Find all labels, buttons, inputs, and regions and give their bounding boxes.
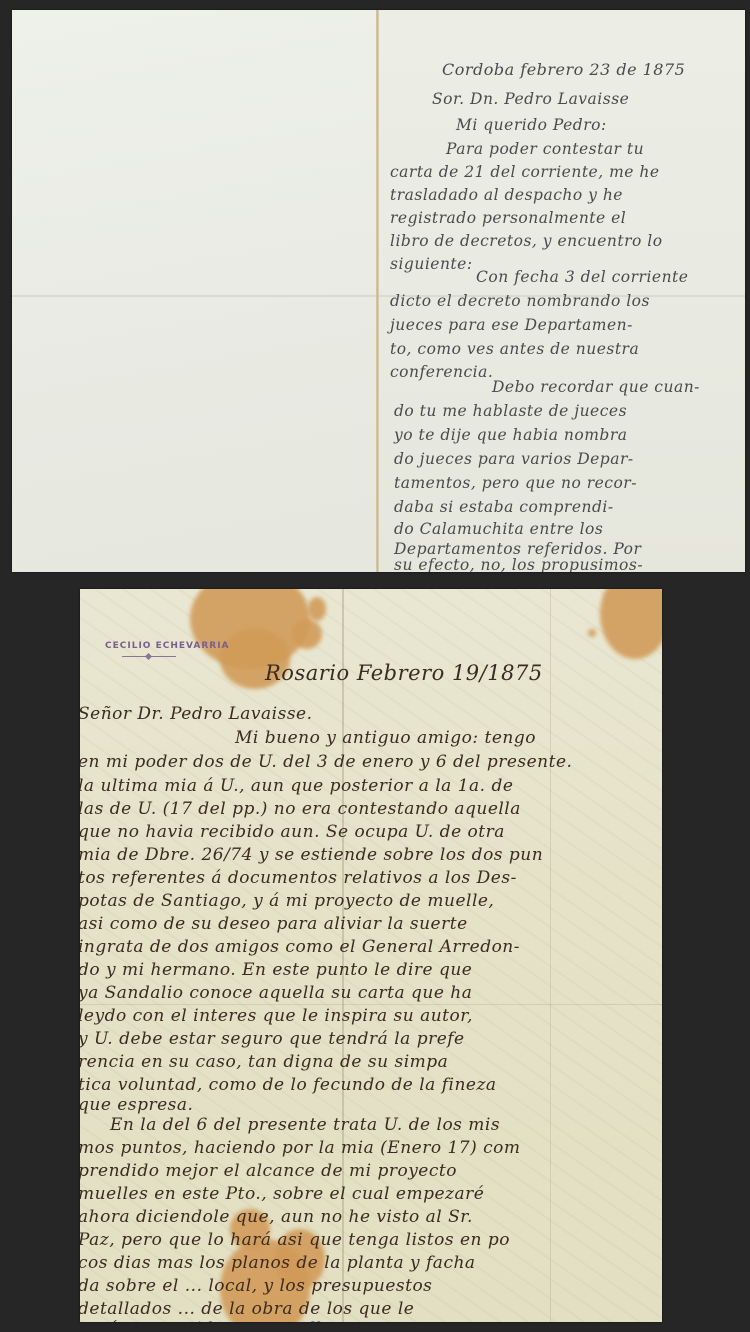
letter-line: prendido mejor el alcance de mi proyecto <box>80 1161 457 1181</box>
letter-line: cos dias mas los planos de la planta y f… <box>80 1253 476 1273</box>
letter-line: que no havia recibido aun. Se ocupa U. d… <box>80 822 505 842</box>
letter-page-top: Cordoba febrero 23 de 1875 Sor. Dn. Pedr… <box>12 10 745 572</box>
letter-line: daba si estaba comprendi- <box>394 498 614 516</box>
letter-line: caré ... repetidos, y con ellos me <box>80 1319 375 1322</box>
letter-salutation: Mi bueno y antiguo amigo: tengo <box>235 728 536 748</box>
letter-line: Para poder contestar tu <box>446 140 644 158</box>
letter-salutation: Mi querido Pedro: <box>456 116 607 134</box>
letter-line: siguiente: <box>390 255 473 273</box>
letter-line: jueces para ese Departamen- <box>390 316 633 334</box>
letter-line: do jueces para varios Depar- <box>394 450 634 468</box>
horizontal-fold <box>80 1004 662 1005</box>
letter-line: do Calamuchita entre los <box>394 520 603 538</box>
letter-line: y U. debe estar seguro que tendrá la pre… <box>80 1029 465 1049</box>
letterhead-ornament <box>122 656 176 657</box>
letter-recipient: Señor Dr. Pedro Lavaisse. <box>80 704 313 724</box>
letter-top-text: Cordoba febrero 23 de 1875 Sor. Dn. Pedr… <box>384 10 742 572</box>
letter-line: rencia en su caso, tan digna de su simpa <box>80 1052 448 1072</box>
letter-line: ya Sandalio conoce aquella su carta que … <box>80 983 472 1003</box>
letter-line: tica voluntad, como de lo fecundo de la … <box>80 1075 497 1095</box>
letter-line: Paz, pero que lo hará asi que tenga list… <box>80 1230 510 1250</box>
letter-line: do tu me hablaste de jueces <box>394 402 627 420</box>
letter-line: su efecto, no, los propusimos- <box>394 556 643 572</box>
letter-line: yo te dije que habia nombra <box>394 426 628 444</box>
letter-page-bottom: CECILIO ECHEVARRIA Rosario Febrero 19/18… <box>80 589 662 1322</box>
letter-line: dicto el decreto nombrando los <box>390 292 650 310</box>
letter-line: Con fecha 3 del corriente <box>476 268 688 286</box>
letter-date: Rosario Febrero 19/1875 <box>265 661 543 685</box>
letter-recipient: Sor. Dn. Pedro Lavaisse <box>432 90 629 108</box>
letterhead-stamp: CECILIO ECHEVARRIA <box>105 641 230 651</box>
blank-left-page <box>12 10 376 572</box>
letter-line: do y mi hermano. En este punto le dire q… <box>80 960 472 980</box>
letter-line: trasladado al despacho y he <box>390 186 623 204</box>
letter-line: la ultima mia á U., aun que posterior a … <box>80 776 513 796</box>
letter-line: tos referentes á documentos relativos a … <box>80 868 517 888</box>
center-fold <box>376 10 379 572</box>
letter-line: potas de Santiago, y á mi proyecto de mu… <box>80 891 494 911</box>
letter-line: mos puntos, haciendo por la mia (Enero 1… <box>80 1138 521 1158</box>
letter-line: registrado personalmente el <box>390 209 626 227</box>
letter-line: carta de 21 del corriente, me he <box>390 163 660 181</box>
letter-line: Debo recordar que cuan- <box>492 378 700 396</box>
water-stain <box>588 629 596 637</box>
letter-line: detallados ... de la obra de los que le <box>80 1299 414 1319</box>
water-stain <box>600 589 662 659</box>
letter-line: to, como ves antes de nuestra <box>390 340 639 358</box>
letter-line: asi como de su deseo para aliviar la sue… <box>80 914 468 934</box>
letter-line: ahora diciendole que, aun no he visto al… <box>80 1207 473 1227</box>
letter-line: en mi poder dos de U. del 3 de enero y 6… <box>80 752 572 772</box>
letter-line: las de U. (17 del pp.) no era contestand… <box>80 799 521 819</box>
water-stain <box>292 619 322 649</box>
letter-line: En la del 6 del presente trata U. de los… <box>110 1115 500 1135</box>
letter-line: ingrata de dos amigos como el General Ar… <box>80 937 520 957</box>
letter-line: que espresa. <box>80 1095 193 1115</box>
letter-line: da sobre el ... local, y los presupuesto… <box>80 1276 432 1296</box>
letter-line: mia de Dbre. 26/74 y se estiende sobre l… <box>80 845 543 865</box>
letter-date: Cordoba febrero 23 de 1875 <box>442 60 685 79</box>
letter-line: muelles en este Pto., sobre el cual empe… <box>80 1184 484 1204</box>
vertical-fold-secondary <box>550 589 551 1322</box>
letter-line: tamentos, pero que no recor- <box>394 474 637 492</box>
letter-line: leydo con el interes que le inspira su a… <box>80 1006 473 1026</box>
letter-line: conferencia. <box>390 363 493 381</box>
water-stain <box>308 597 326 621</box>
letter-line: libro de decretos, y encuentro lo <box>390 232 663 250</box>
